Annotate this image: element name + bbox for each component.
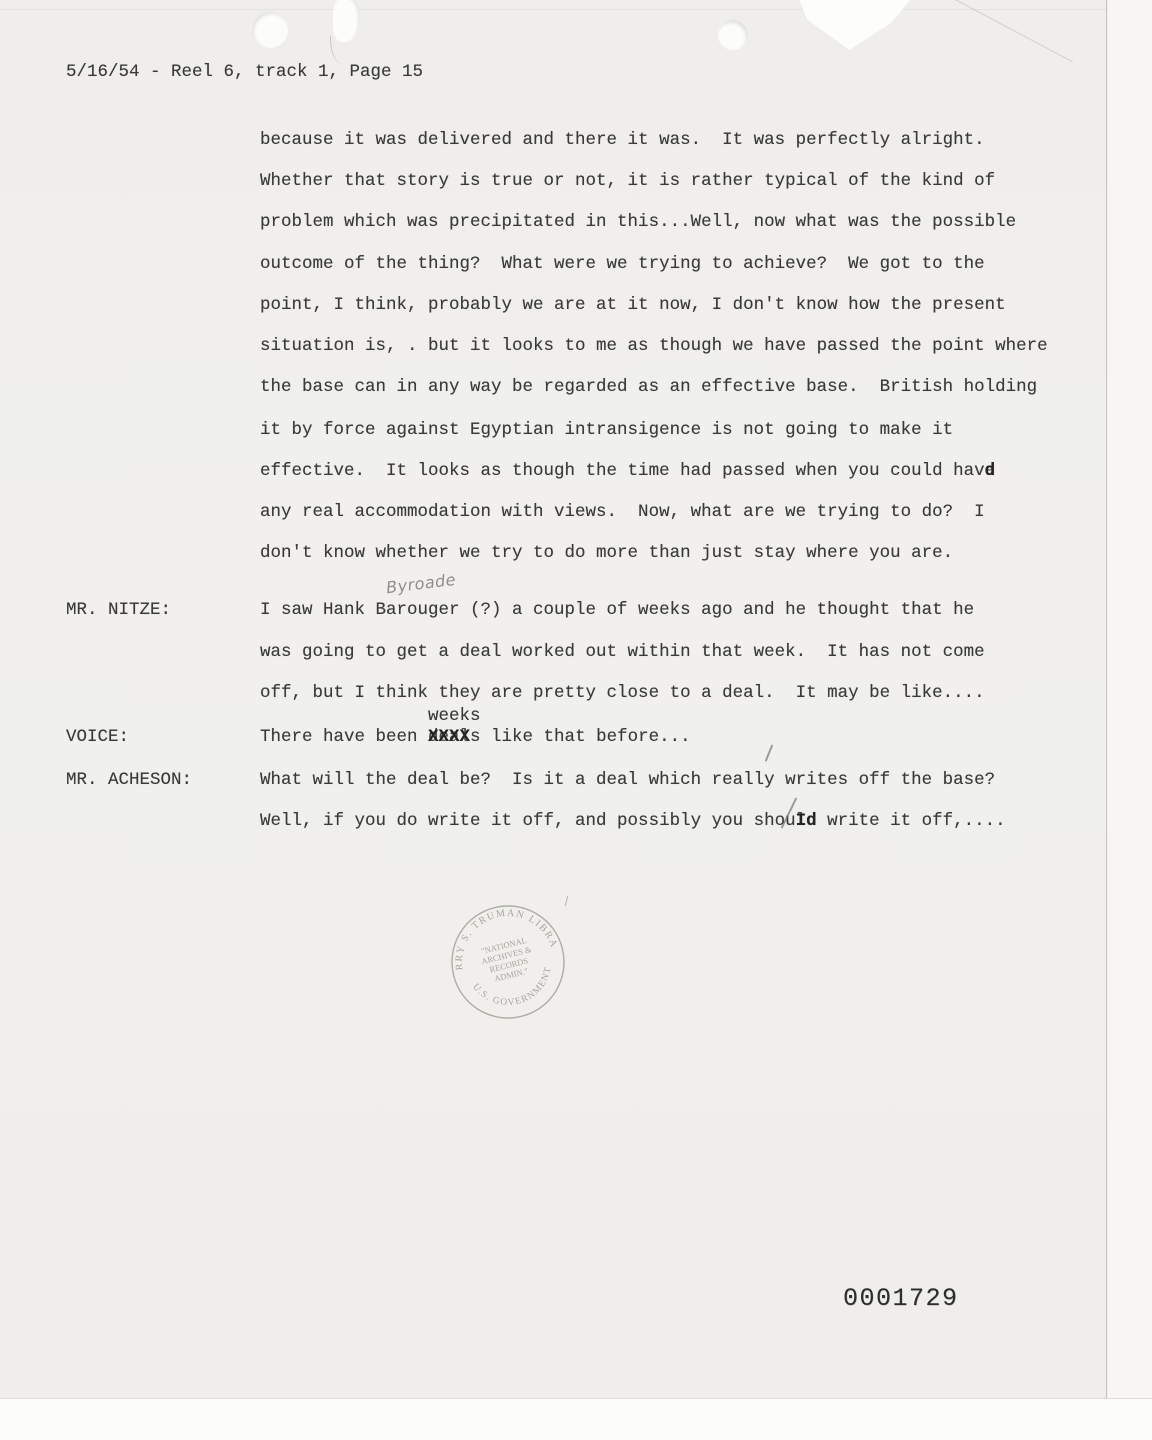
transcript-line: situation is, . but it looks to me as th… bbox=[0, 336, 1108, 360]
transcript-line: problem which was precipitated in this..… bbox=[0, 212, 1108, 236]
scanned-page: 5/16/54 - Reel 6, track 1, Page 15 becau… bbox=[0, 0, 1108, 1398]
scan-background bbox=[1108, 0, 1152, 1398]
overstruck-word: ed bbox=[985, 461, 996, 481]
line-text: effective. It looks as though the time h… bbox=[260, 461, 995, 481]
pencil-mark bbox=[565, 896, 568, 906]
page-header: 5/16/54 - Reel 6, track 1, Page 15 bbox=[66, 62, 423, 82]
paper-tear-tail bbox=[330, 36, 344, 64]
line-text: I saw Hank Barouger (?) a couple of week… bbox=[260, 600, 974, 620]
transcript-line: Well, if you do write it off, and possib… bbox=[0, 811, 1108, 835]
line-text: was going to get a deal worked out withi… bbox=[260, 642, 985, 662]
transcript-line: MR. ACHESON: What will the deal be? Is i… bbox=[0, 770, 1108, 794]
archives-stamp: HARRY S. TRUMAN LIBRARY U.S. GOVERNMENT … bbox=[433, 887, 583, 1037]
line-text: it by force against Egyptian intransigen… bbox=[260, 420, 953, 440]
punch-hole bbox=[718, 20, 748, 50]
line-text: situation is, . but it looks to me as th… bbox=[260, 336, 1048, 356]
transcript-line: point, I think, probably we are at it no… bbox=[0, 295, 1108, 319]
transcript-line: any real accommodation with views. Now, … bbox=[0, 502, 1108, 526]
transcript-line: because it was delivered and there it wa… bbox=[0, 130, 1108, 154]
transcript-line: off, but I think they are pretty close t… bbox=[0, 683, 1108, 707]
typed-correction: weeks bbox=[428, 706, 481, 726]
overstruck-word: dealXXXX bbox=[428, 727, 470, 747]
transcript-line: don't know whether we try to do more tha… bbox=[0, 543, 1108, 567]
torn-corner bbox=[796, 0, 912, 50]
transcript-line: it by force against Egyptian intransigen… bbox=[0, 420, 1108, 444]
transcript-line: was going to get a deal worked out withi… bbox=[0, 642, 1108, 666]
transcript-line: the base can in any way be regarded as a… bbox=[0, 377, 1108, 401]
transcript-line: outcome of the thing? What were we tryin… bbox=[0, 254, 1108, 278]
line-text: off, but I think they are pretty close t… bbox=[260, 683, 985, 703]
speaker-label: VOICE: bbox=[66, 727, 129, 747]
speaker-label: MR. ACHESON: bbox=[66, 770, 192, 790]
document-number-stamp: 0001729 bbox=[843, 1284, 959, 1313]
line-text: any real accommodation with views. Now, … bbox=[260, 502, 985, 522]
line-text: because it was delivered and there it wa… bbox=[260, 130, 985, 150]
line-text: problem which was precipitated in this..… bbox=[260, 212, 1016, 232]
transcript-line: VOICE: There have been dealXXXXs like th… bbox=[0, 727, 1108, 751]
punch-hole bbox=[252, 12, 288, 48]
line-text: What will the deal be? Is it a deal whic… bbox=[260, 770, 995, 790]
line-text: point, I think, probably we are at it no… bbox=[260, 295, 1006, 315]
line-text: outcome of the thing? What were we tryin… bbox=[260, 254, 985, 274]
archives-stamp-graphic: HARRY S. TRUMAN LIBRARY U.S. GOVERNMENT … bbox=[433, 887, 583, 1037]
line-text: the base can in any way be regarded as a… bbox=[260, 377, 1037, 397]
line-text: There have been dealXXXXs like that befo… bbox=[260, 727, 691, 747]
handwritten-annotation: Byroade bbox=[385, 570, 457, 597]
transcript-line: MR. NITZE: I saw Hank Barouger (?) a cou… bbox=[0, 600, 1108, 624]
transcript-line: effective. It looks as though the time h… bbox=[0, 461, 1108, 485]
transcript-line: Whether that story is true or not, it is… bbox=[0, 171, 1108, 195]
overstruck-word: ldId bbox=[796, 811, 817, 831]
line-text: don't know whether we try to do more tha… bbox=[260, 543, 953, 563]
speaker-label: MR. NITZE: bbox=[66, 600, 171, 620]
line-text: Well, if you do write it off, and possib… bbox=[260, 811, 1006, 831]
line-text: Whether that story is true or not, it is… bbox=[260, 171, 995, 191]
scan-background bbox=[0, 1398, 1152, 1440]
paper-crease bbox=[0, 9, 1108, 10]
